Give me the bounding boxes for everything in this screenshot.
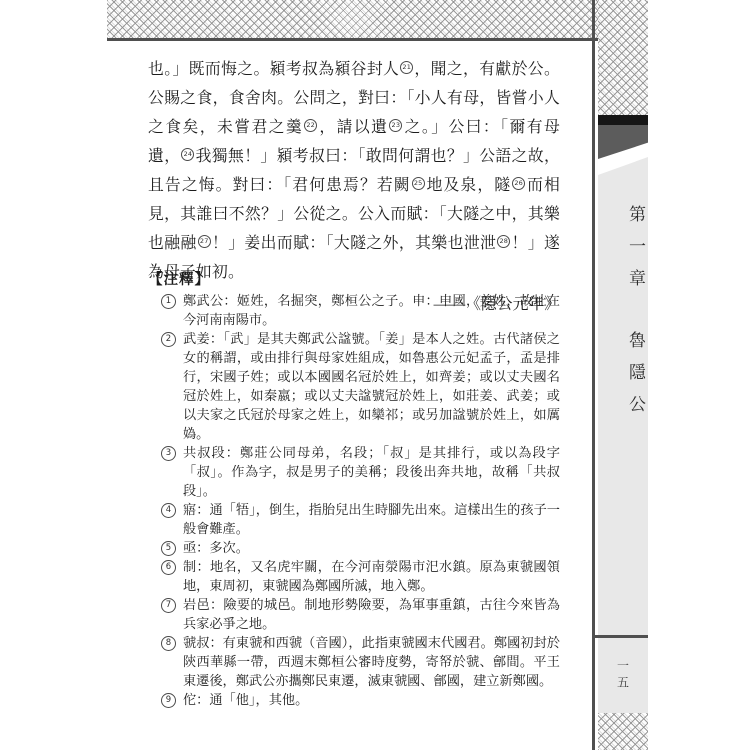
sidebar-dark-wedge <box>598 125 648 159</box>
note-ref-marker: 27 <box>198 235 211 248</box>
top-pattern-band <box>107 0 644 41</box>
note-item: 4寤：通「牾」，倒生，指胎兒出生時腳先出來。這樣出生的孩子一般會難產。 <box>161 500 560 538</box>
note-item: 9佗：通「他」，其他。 <box>161 690 560 709</box>
chapter-tab: 第一章 魯隱公 <box>598 143 648 635</box>
notes-list: 1鄭武公：姬姓，名掘突，鄭桓公之子。申：申國，姜姓，故址在今河南南陽市。2武姜：… <box>161 291 560 709</box>
note-item: 2武姜：「武」是其夫鄭武公諡號。「姜」是本人之姓。古代諸侯之女的稱謂，或由排行與… <box>161 329 560 443</box>
note-text: 虢叔：有東虢和西虢（音國），此指東虢國末代國君。鄭國初封於陝西華縣一帶，西週末鄭… <box>183 635 560 688</box>
main-text-paragraph: 也。」既而悔之。潁考叔為潁谷封人21，聞之，有獻於公。公賜之食，食舍肉。公問之，… <box>148 55 560 287</box>
note-number: 5 <box>161 541 176 556</box>
note-item: 1鄭武公：姬姓，名掘突，鄭桓公之子。申：申國，姜姓，故址在今河南南陽市。 <box>161 291 560 329</box>
note-ref-marker: 22 <box>304 119 317 132</box>
chapter-sidebar: 第一章 魯隱公 一五 <box>592 0 645 750</box>
note-number: 7 <box>161 598 176 613</box>
note-item: 5亟：多次。 <box>161 538 560 557</box>
note-number: 2 <box>161 332 176 347</box>
note-number: 8 <box>161 636 176 651</box>
note-ref-marker: 25 <box>412 177 425 190</box>
note-number: 4 <box>161 503 176 518</box>
note-text: 武姜：「武」是其夫鄭武公諡號。「姜」是本人之姓。古代諸侯之女的稱謂，或由排行與母… <box>183 331 560 441</box>
note-text: 制：地名，又名虎牢關，在今河南滎陽市汜水鎮。原為東虢國領地，東周初，東虢國為鄭國… <box>183 559 560 593</box>
note-number: 3 <box>161 446 176 461</box>
note-item: 6制：地名，又名虎牢關，在今河南滎陽市汜水鎮。原為東虢國領地，東周初，東虢國為鄭… <box>161 557 560 595</box>
sidebar-inner: 第一章 魯隱公 一五 <box>598 0 648 750</box>
book-page: { "colors":{ "rule_line":"#4f4f4f", "bla… <box>0 0 750 750</box>
note-item: 8虢叔：有東虢和西虢（音國），此指東虢國末代國君。鄭國初封於陝西華縣一帶，西週末… <box>161 633 560 690</box>
note-number: 9 <box>161 693 176 708</box>
note-ref-marker: 21 <box>400 61 413 74</box>
note-ref-marker: 28 <box>497 235 510 248</box>
sidebar-black-bar <box>598 115 648 125</box>
sidebar-pattern-top <box>598 0 648 115</box>
chapter-title-label: 魯隱公 <box>598 331 648 427</box>
note-number: 6 <box>161 560 176 575</box>
page-number-box: 一五 <box>598 638 648 713</box>
note-item: 3共叔段：鄭莊公同母弟，名段；「叔」是其排行，或以為段字「叔」。作為字，叔是男子… <box>161 443 560 500</box>
page-number: 一五 <box>615 659 632 693</box>
note-text: 寤：通「牾」，倒生，指胎兒出生時腳先出來。這樣出生的孩子一般會難產。 <box>183 502 560 536</box>
chapter-tab-text: 第一章 魯隱公 <box>598 205 648 427</box>
note-item: 7岩邑：險要的城邑。制地形勢險要，為軍事重鎮，古往今來皆為兵家必爭之地。 <box>161 595 560 633</box>
note-ref-marker: 26 <box>512 177 525 190</box>
note-text: 佗：通「他」，其他。 <box>183 692 308 707</box>
note-ref-marker: 23 <box>389 119 402 132</box>
note-number: 1 <box>161 294 176 309</box>
notes-header: 【注釋】 <box>148 268 210 289</box>
note-text: 亟：多次。 <box>183 540 249 555</box>
note-text: 共叔段：鄭莊公同母弟，名段；「叔」是其排行，或以為段字「叔」。作為字，叔是男子的… <box>183 445 560 498</box>
sidebar-pattern-bottom <box>598 713 648 750</box>
note-text: 鄭武公：姬姓，名掘突，鄭桓公之子。申：申國，姜姓，故址在今河南南陽市。 <box>183 293 560 327</box>
note-text: 岩邑：險要的城邑。制地形勢險要，為軍事重鎮，古往今來皆為兵家必爭之地。 <box>183 597 560 631</box>
chapter-label: 第一章 <box>598 205 648 301</box>
note-ref-marker: 24 <box>181 148 194 161</box>
